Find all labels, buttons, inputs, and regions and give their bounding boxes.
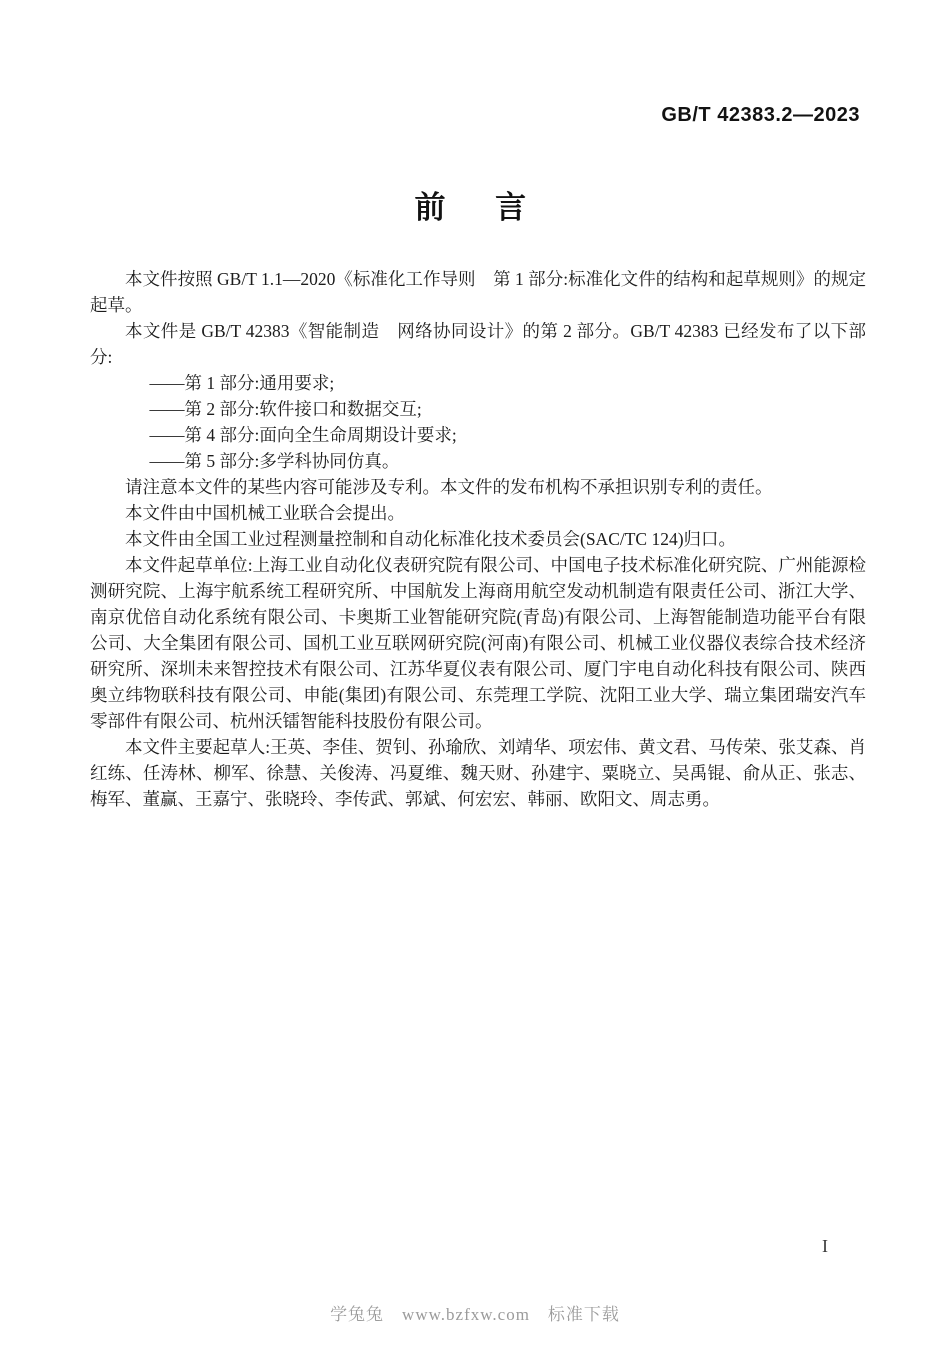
foreword-paragraph: 本文件按照 GB/T 1.1—2020《标准化工作导则 第 1 部分:标准化文件…: [90, 266, 866, 318]
foreword-list-item: ——第 1 部分:通用要求;: [90, 370, 866, 396]
foreword-paragraph: 本文件由全国工业过程测量控制和自动化标准化技术委员会(SAC/TC 124)归口…: [90, 526, 866, 552]
foreword-paragraph: 本文件由中国机械工业联合会提出。: [90, 500, 866, 526]
page-number: I: [822, 1236, 828, 1257]
foreword-paragraph: 本文件是 GB/T 42383《智能制造 网络协同设计》的第 2 部分。GB/T…: [90, 318, 866, 370]
foreword-title: 前 言: [0, 182, 950, 227]
watermark-footer: 学兔兔 www.bzfxw.com 标准下载: [0, 1300, 950, 1325]
standard-doc-number: GB/T 42383.2—2023: [661, 104, 860, 127]
foreword-list-item: ——第 2 部分:软件接口和数据交互;: [90, 396, 866, 422]
foreword-body: 本文件按照 GB/T 1.1—2020《标准化工作导则 第 1 部分:标准化文件…: [90, 266, 866, 812]
document-page: GB/T 42383.2—2023 前 言 本文件按照 GB/T 1.1—202…: [0, 0, 950, 1345]
foreword-list-item: ——第 4 部分:面向全生命周期设计要求;: [90, 422, 866, 448]
foreword-list-item: ——第 5 部分:多学科协同仿真。: [90, 448, 866, 474]
foreword-paragraph-main-drafters: 本文件主要起草人:王英、李佳、贺钊、孙瑜欣、刘靖华、项宏伟、黄文君、马传荣、张艾…: [90, 734, 866, 812]
foreword-paragraph-drafting-organizations: 本文件起草单位:上海工业自动化仪表研究院有限公司、中国电子技术标准化研究院、广州…: [90, 552, 866, 734]
foreword-paragraph: 请注意本文件的某些内容可能涉及专利。本文件的发布机构不承担识别专利的责任。: [90, 474, 866, 500]
